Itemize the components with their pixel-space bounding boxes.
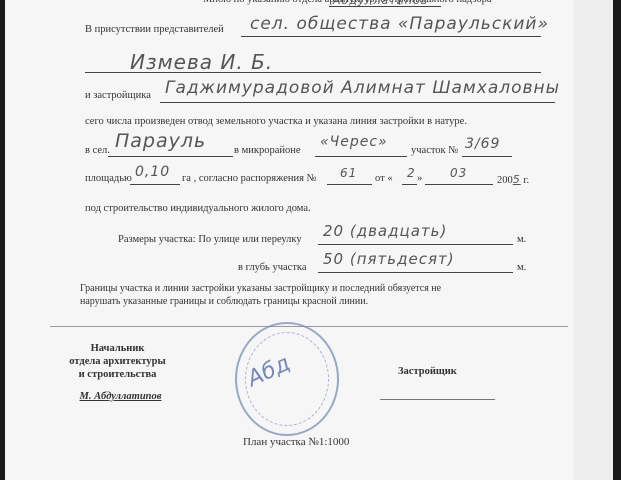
line-5-plot-label: участок № (411, 145, 458, 156)
line-9-label: в глубь участка (238, 262, 307, 273)
rule (108, 156, 233, 157)
official-stamp: Абд (235, 322, 339, 436)
sign-left-name: М. Абдуллатипов (73, 391, 168, 402)
line-1-value: сел. общества «Параульский» (250, 14, 549, 34)
line-5-micro-value: «Черес» (320, 134, 388, 150)
line-3-label: и застройщика (85, 90, 151, 101)
rule (462, 156, 512, 157)
line-2-value: Измева И. Б. (130, 50, 273, 74)
line-6-month-value: 03 (450, 166, 467, 180)
line-5-sel-value: Парауль (115, 130, 206, 152)
rule (425, 184, 493, 185)
line-9-value: 50 (пятьдесят) (323, 250, 455, 268)
sign-left-dept: отдела архитектуры (65, 356, 170, 367)
line-0: Мною по указанию отдела архитектурно-стр… (203, 0, 492, 5)
line-9-unit: м. (517, 262, 526, 273)
rule (241, 36, 541, 37)
year-suffix: г. (523, 175, 529, 186)
line-4: сего числа произведен отвод земельного у… (85, 116, 467, 127)
line-3-value: Гаджимурадовой Алимнат Шамхаловны (165, 78, 560, 98)
line-7: под строительство индивидуального жилого… (85, 203, 311, 214)
rule (327, 184, 372, 185)
sign-right-label: Застройщик (398, 366, 457, 377)
line-6-area-label: площадью (85, 173, 132, 184)
rule (318, 244, 513, 245)
signature: Абд (244, 351, 294, 392)
rule (160, 102, 555, 103)
document-page: Мною по указанию отдела архитектурно-стр… (5, 0, 613, 480)
sign-left-dept2: и строительства (65, 369, 170, 380)
line-5-sel-label: в сел. (85, 145, 110, 156)
line-6-ga-label: га , согласно распоряжения № (182, 173, 317, 184)
rule (130, 184, 180, 185)
line-8-label: Размеры участка: По улице или переулку (118, 234, 302, 245)
year-value: 5 (513, 173, 521, 186)
para-line-1: Границы участка и линии застройки указан… (80, 283, 441, 294)
line-6-order-value: 61 (340, 166, 357, 180)
line-8-value: 20 (двадцать) (323, 222, 447, 240)
para-line-2: нарушать указанные границы и соблюдать г… (80, 296, 368, 307)
sign-left-title: Начальник (75, 343, 160, 354)
rule (402, 184, 417, 185)
line-6-day-value: 2 (407, 166, 416, 180)
rule (318, 272, 513, 273)
line-6-area-value: 0,10 (135, 164, 170, 180)
line-5-plot-value: 3/69 (465, 136, 500, 152)
line-8-unit: м. (517, 234, 526, 245)
signature-line (380, 399, 495, 400)
year-prefix: 200 (497, 175, 513, 186)
rule (329, 6, 441, 7)
plan-title: План участка №1:1000 (243, 436, 349, 448)
line-5-micro-label: в микрорайоне (234, 145, 301, 156)
line-6-day-close: » (417, 173, 422, 184)
rule (85, 72, 541, 73)
line-6-from-label: от « (375, 173, 393, 184)
line-6-year: 2005 г. (497, 173, 529, 186)
rule (315, 156, 407, 157)
line-1-label: В присутствии представителей (85, 24, 224, 35)
